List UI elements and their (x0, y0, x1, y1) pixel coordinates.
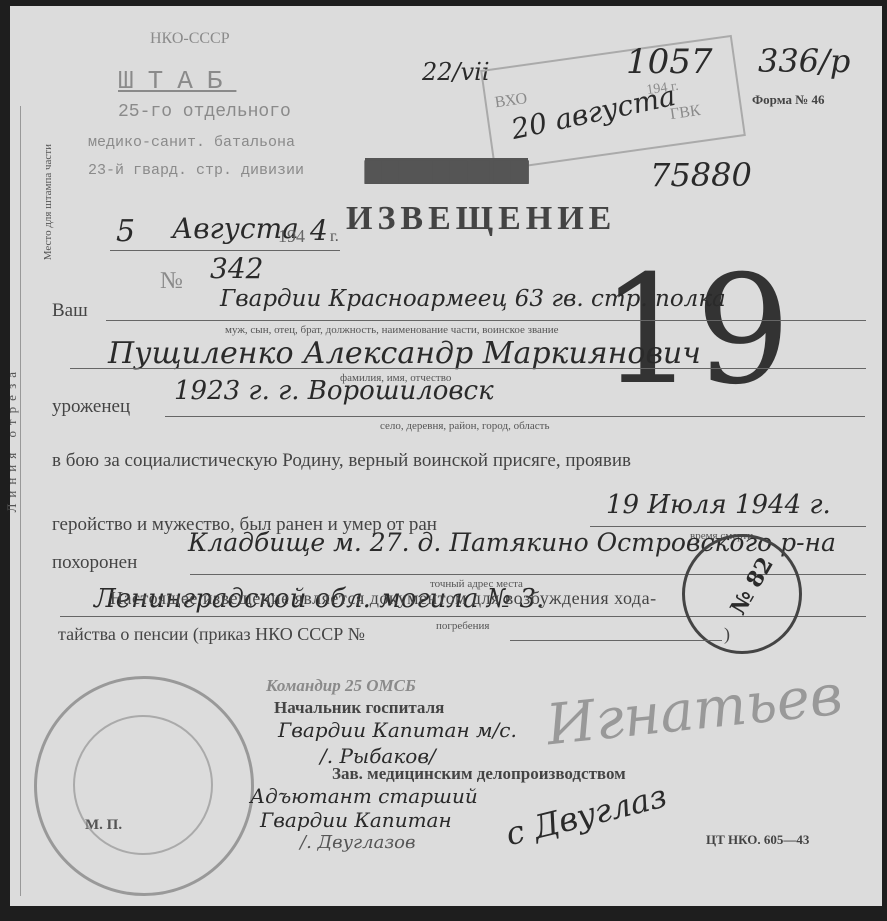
pension-line-1: Настоящее извещение является документом … (110, 588, 657, 609)
pension-close-paren: ) (724, 624, 730, 645)
buried-label: похоронен (52, 552, 137, 574)
cut-line-label: Линия отреза (4, 366, 20, 512)
number-label: № (160, 268, 183, 295)
death-date-value: 19 Июля 1944 г. (606, 490, 831, 520)
unit-line-1: 25-го отдельного (118, 102, 291, 122)
org-label: НКО-СССР (150, 30, 230, 48)
archive-number: 75880 (650, 156, 752, 194)
notification-document: Линия отреза Место для штампа части НКО-… (10, 6, 882, 906)
stamp-place-label: Место для штампа части (42, 144, 70, 260)
round-stamp-number: № 82 (725, 553, 779, 620)
name-rule (70, 368, 866, 369)
signer-2-name: /. Двуглазов (300, 832, 415, 853)
signer-1-rank: Гвардии Капитан м/с. (278, 718, 517, 742)
signer-2-title: Адъютант старший (250, 784, 478, 808)
date-day: 5 (116, 214, 135, 249)
born-caption: село, деревня, район, город, область (380, 420, 549, 432)
born-value: 1923 г. г. Ворошиловск (174, 376, 494, 406)
seal-emblem (73, 715, 213, 855)
big-handwritten-mark: 19 (600, 256, 791, 406)
born-label: уроженец (52, 396, 130, 418)
signer-2-rank: Гвардии Капитан (260, 808, 452, 832)
date-rule (110, 250, 340, 251)
unit-line-3: 23-й гвард. стр. дивизии (88, 162, 304, 179)
staff-label: ШТАБ (118, 66, 236, 96)
redacted-stamp: ▇▇▇▇▇▇ ▇ ▇▇ (365, 158, 528, 184)
full-name-value: Пущиленко Александр Маркиянович (108, 336, 701, 371)
relation-caption: муж, сын, отец, брат, должность, наимено… (225, 324, 559, 336)
commander-title: Командир 25 ОМСБ (266, 676, 416, 696)
received-stamp-label: ВХО (494, 90, 529, 112)
side-scrawl: Игнатьев (543, 663, 845, 759)
born-rule (165, 416, 865, 417)
printer-mark: ЦТ НКО. 605—43 (706, 832, 809, 848)
date-year-suffix: 4 (310, 214, 328, 247)
pension-line-2: тайства о пенсии (приказ НКО СССР № (58, 624, 365, 645)
date-year-g: г. (330, 228, 339, 246)
registration-number: 1057 (626, 42, 713, 82)
document-title: ИЗВЕЩЕНИЕ (346, 200, 616, 238)
hospital-chief-label: Начальник госпиталя (274, 698, 444, 718)
relation-value: Гвардии Красноармеец 63 гв. стр. полка (220, 286, 726, 312)
official-seal: М. П. (34, 676, 254, 896)
form-number: Форма № 46 (752, 92, 825, 108)
unit-line-2: медико-санит. батальона (88, 134, 295, 151)
burial-caption-2: погребения (436, 620, 489, 632)
records-chief-label: Зав. медицинским делопроизводством (332, 764, 626, 784)
death-date-rule (590, 526, 866, 527)
notice-number: 342 (210, 252, 263, 285)
vash-label: Ваш (52, 300, 88, 322)
relation-rule (106, 320, 866, 321)
pension-order-rule (510, 640, 722, 641)
signer-2-autograph: с Двуглаз (502, 777, 671, 854)
cut-line-rule (20, 106, 21, 896)
corner-number: 336/р (758, 42, 850, 80)
seal-mp-label: М. П. (85, 817, 122, 834)
round-number-stamp: № 82 (682, 534, 802, 654)
sentence-line-1: в бою за социалистическую Родину, верный… (52, 450, 631, 472)
date-year-prefix: 194 (278, 226, 305, 247)
